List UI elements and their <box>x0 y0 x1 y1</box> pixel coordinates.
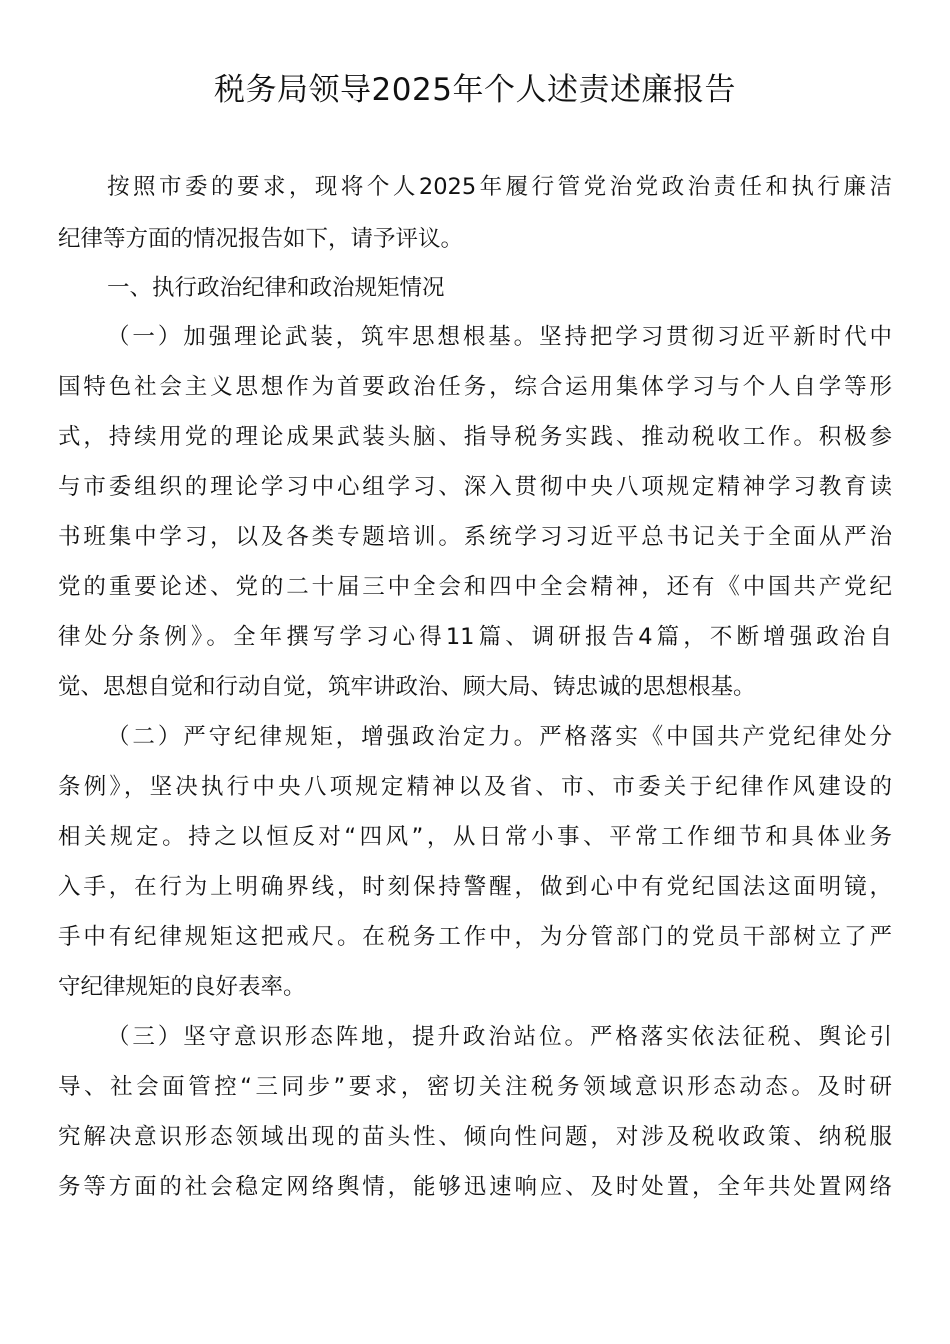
paragraph-line: 觉、思想自觉和行动自觉，筑牢讲政治、顾大局、铸忠诚的思想根基。 <box>58 672 892 702</box>
paragraph-line: 务等方面的社会稳定网络舆情，能够迅速响应、及时处置，全年共处置网络 <box>58 1172 892 1202</box>
paragraph-line: 纪律等方面的情况报告如下，请予评议。 <box>58 224 892 254</box>
paragraph-line: 手中有纪律规矩这把戒尺。在税务工作中，为分管部门的党员干部树立了严 <box>58 922 892 952</box>
paragraph-line: 相关规定。持之以恒反对“四风”，从日常小事、平常工作细节和具体业务 <box>58 822 892 852</box>
paragraph-line: 导、社会面管控“三同步”要求，密切关注税务领域意识形态动态。及时研 <box>58 1072 892 1102</box>
paragraph-line: 究解决意识形态领域出现的苗头性、倾向性问题，对涉及税收政策、纳税服 <box>58 1122 892 1152</box>
document-page: 税务局领导2025年个人述责述廉报告 按照市委的要求，现将个人2025年履行管党… <box>0 0 950 1344</box>
paragraph-line: 书班集中学习，以及各类专题培训。系统学习习近平总书记关于全面从严治 <box>58 522 892 552</box>
paragraph-line: （三）坚守意识形态阵地，提升政治站位。严格落实依法征税、舆论引 <box>107 1022 892 1052</box>
paragraph-line: 党的重要论述、党的二十届三中全会和四中全会精神，还有《中国共产党纪 <box>58 572 892 602</box>
paragraph-line: 国特色社会主义思想作为首要政治任务，综合运用集体学习与个人自学等形 <box>58 372 892 402</box>
document-title: 税务局领导2025年个人述责述廉报告 <box>0 68 950 112</box>
paragraph-line: 按照市委的要求，现将个人2025年履行管党治党政治责任和执行廉洁 <box>107 172 892 202</box>
paragraph-line: 守纪律规矩的良好表率。 <box>58 972 892 1002</box>
paragraph-line: （二）严守纪律规矩，增强政治定力。严格落实《中国共产党纪律处分 <box>107 722 892 752</box>
paragraph-line: 入手，在行为上明确界线，时刻保持警醒，做到心中有党纪国法这面明镜， <box>58 872 892 902</box>
paragraph-line: （一）加强理论武装，筑牢思想根基。坚持把学习贯彻习近平新时代中 <box>107 322 892 352</box>
paragraph-line: 律处分条例》。全年撰写学习心得11篇、调研报告4篇，不断增强政治自 <box>58 622 892 652</box>
paragraph-line: 式，持续用党的理论成果武装头脑、指导税务实践、推动税收工作。积极参 <box>58 422 892 452</box>
paragraph-line: 与市委组织的理论学习中心组学习、深入贯彻中央八项规定精神学习教育读 <box>58 472 892 502</box>
paragraph-line: 一、执行政治纪律和政治规矩情况 <box>107 273 892 303</box>
paragraph-line: 条例》，坚决执行中央八项规定精神以及省、市、市委关于纪律作风建设的 <box>58 772 892 802</box>
